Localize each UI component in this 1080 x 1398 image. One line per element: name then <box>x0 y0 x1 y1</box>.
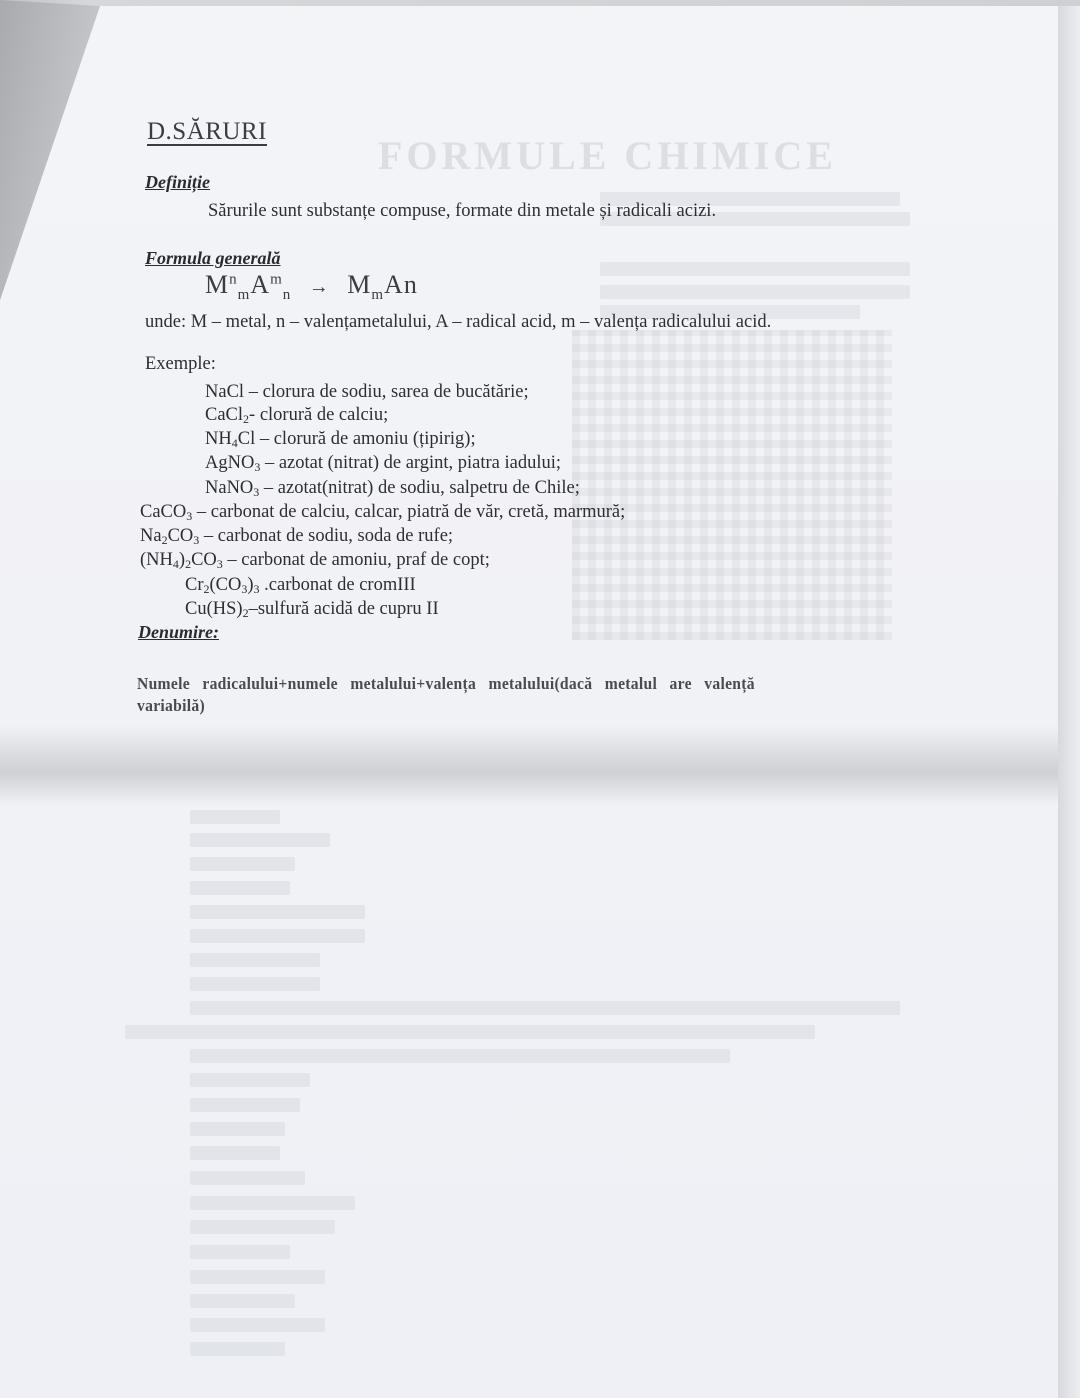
naming-rule-line2: variabilă) <box>137 696 205 716</box>
chemical-formula: CaCO3 <box>140 502 192 522</box>
formula-acid-sup: m <box>270 271 283 287</box>
formula-metal-sub: m <box>238 287 251 303</box>
definition-text: Sărurile sunt substanțe compuse, formate… <box>208 201 716 222</box>
chemical-formula: NH4Cl <box>205 429 255 449</box>
section-title: D.SĂRURI <box>147 118 267 146</box>
example-description: – clorură de amoniu (țipirig); <box>255 429 475 449</box>
arrow-icon: → <box>309 276 330 298</box>
formula-legend: unde: M – metal, n – valențametalului, A… <box>145 312 771 333</box>
example-description: – azotat(nitrat) de sodiu, salpetru de C… <box>259 478 580 498</box>
formula-result-metal: M <box>347 270 371 299</box>
chemical-formula: AgNO3 <box>205 453 260 473</box>
example-item: CaCl2- clorură de calciu; <box>205 405 388 426</box>
example-item: (NH4)2CO3 – carbonat de amoniu, praf de … <box>140 550 490 571</box>
example-description: – carbonat de sodiu, soda de rufe; <box>199 526 453 546</box>
formula-metal: M <box>205 270 229 299</box>
example-description: – clorura de sodiu, sarea de bucătărie; <box>244 382 529 402</box>
formula-metal-sup: n <box>229 271 238 287</box>
example-description: .carbonat de cromIII <box>260 575 416 595</box>
formula-acid-sub: n <box>283 287 292 303</box>
formula-result-acid: An <box>384 270 418 299</box>
chemical-formula: NaCl <box>205 382 244 402</box>
example-description: –sulfură acidă de cupru II <box>249 599 439 619</box>
example-item: Cu(HS)2–sulfură acidă de cupru II <box>185 599 439 620</box>
example-item: NaNO3 – azotat(nitrat) de sodiu, salpetr… <box>205 478 580 499</box>
examples-heading: Exemple: <box>145 354 216 375</box>
example-item: NH4Cl – clorură de amoniu (țipirig); <box>205 429 476 450</box>
document-content: D.SĂRURI Definiție Sărurile sunt substan… <box>0 0 1080 1398</box>
chemical-formula: Cu(HS)2 <box>185 599 249 619</box>
example-item: CaCO3 – carbonat de calciu, calcar, piat… <box>140 502 625 523</box>
example-description: - clorură de calciu; <box>249 405 388 425</box>
chemical-formula: CaCl2 <box>205 405 249 425</box>
example-description: – carbonat de amoniu, praf de copt; <box>223 550 490 570</box>
formula-acid: A <box>250 270 270 299</box>
naming-heading: Denumire: <box>138 622 219 643</box>
example-item: AgNO3 – azotat (nitrat) de argint, piatr… <box>205 453 561 474</box>
general-formula: MnmAmn → MmAn <box>205 270 418 304</box>
chemical-formula: Cr2(CO3)3 <box>185 575 260 595</box>
example-item: Cr2(CO3)3 .carbonat de cromIII <box>185 575 416 596</box>
example-item: Na2CO3 – carbonat de sodiu, soda de rufe… <box>140 526 453 547</box>
formula-result-metal-sub: m <box>371 287 384 303</box>
example-item: NaCl – clorura de sodiu, sarea de bucătă… <box>205 382 529 403</box>
chemical-formula: (NH4)2CO3 <box>140 550 223 570</box>
chemical-formula: Na2CO3 <box>140 526 199 546</box>
formula-heading: Formula generală <box>145 248 281 269</box>
example-description: – azotat (nitrat) de argint, piatra iadu… <box>260 453 561 473</box>
chemical-formula: NaNO3 <box>205 478 259 498</box>
example-description: – carbonat de calciu, calcar, piatră de … <box>192 502 625 522</box>
definition-heading: Definiție <box>145 172 210 193</box>
naming-rule-line1: Numele radicalului+numele metalului+vale… <box>137 674 755 694</box>
